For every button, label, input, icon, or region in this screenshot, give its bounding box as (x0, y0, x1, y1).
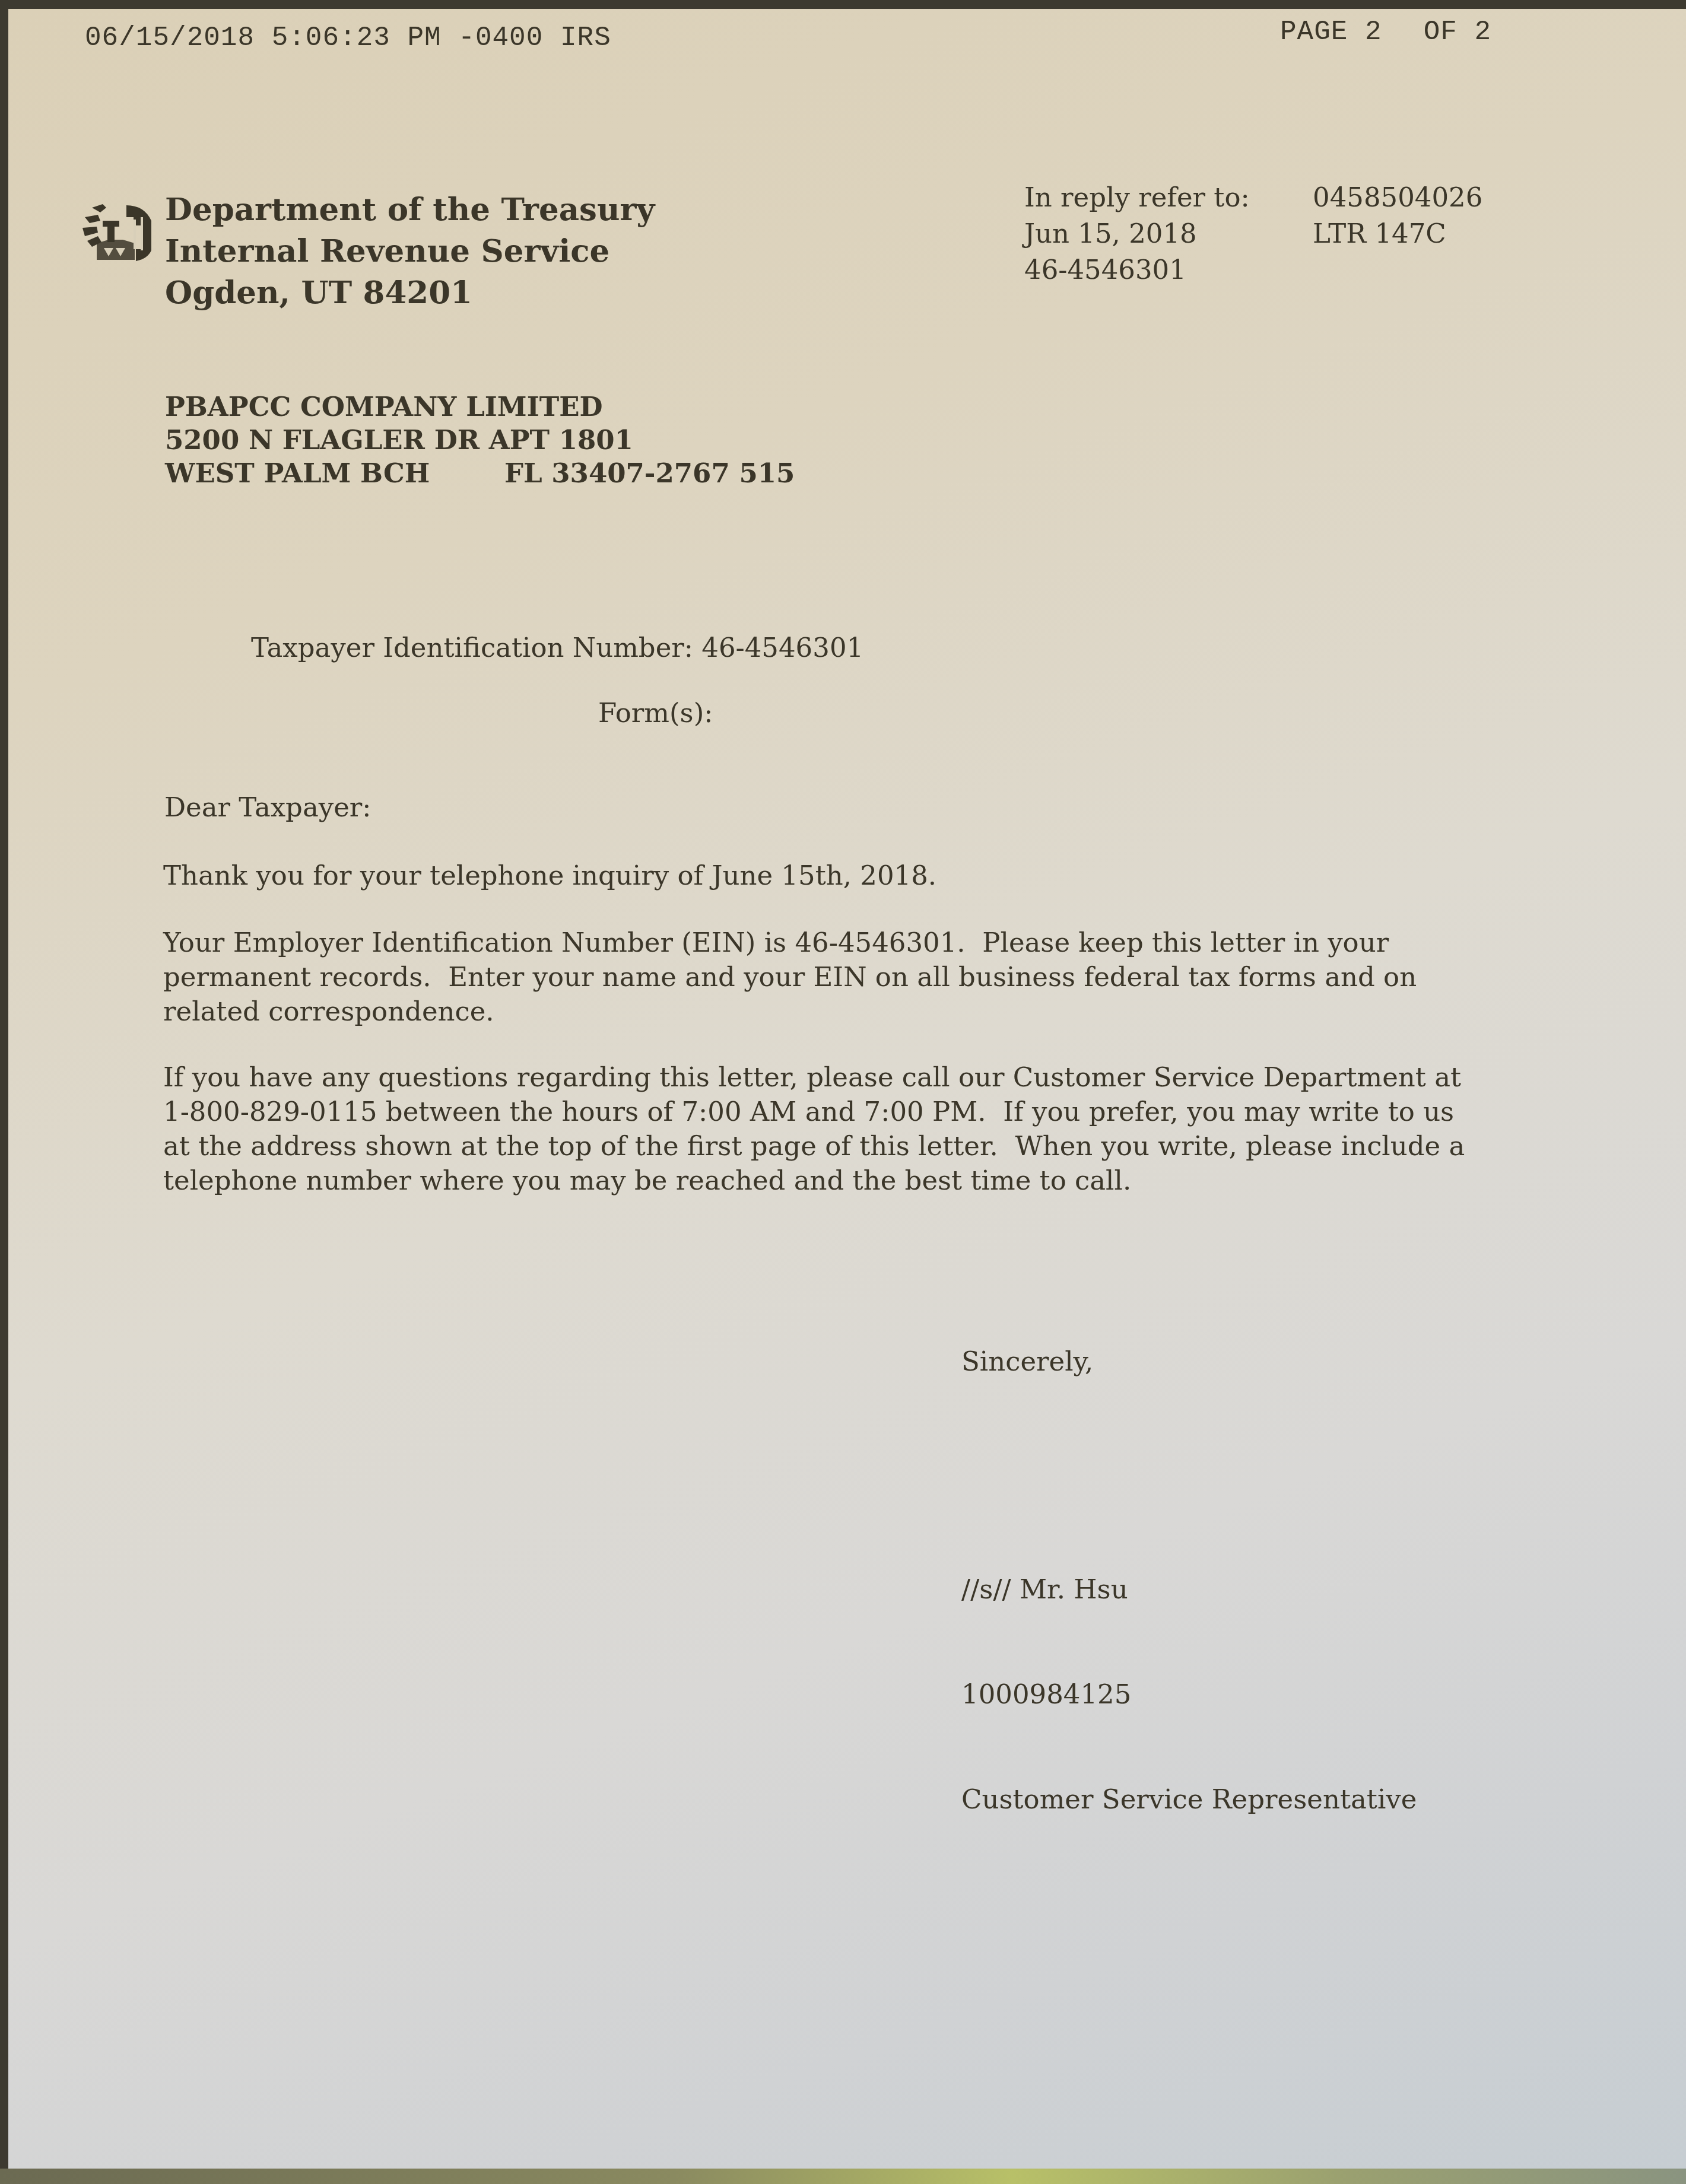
body-paragraph-1: Thank you for your telephone inquiry of … (163, 859, 1558, 893)
agency-city: Ogden, UT 84201 (165, 272, 655, 313)
sender-agency-block: Department of the TreasuryInternal Reven… (165, 189, 655, 313)
reference-ein: 46-4546301 (1024, 252, 1250, 288)
paragraph-line: telephone number where you may be reache… (163, 1163, 1558, 1198)
signer-name: //s// Mr. Hsu (961, 1572, 1417, 1607)
paragraph-line: If you have any questions regarding this… (163, 1060, 1558, 1095)
signer-id: 1000984125 (961, 1677, 1417, 1712)
page-total: OF 2 (1424, 17, 1491, 47)
tin-line: Taxpayer Identification Number: 46-45463… (251, 632, 863, 663)
recipient-street: 5200 N FLAGLER DR APT 1801 (165, 424, 633, 457)
reply-reference-block: In reply refer to:Jun 15, 201846-4546301 (1024, 179, 1250, 288)
letter-date: Jun 15, 2018 (1024, 215, 1250, 252)
page-number: PAGE 2 (1280, 17, 1382, 47)
paragraph-line: related correspondence. (163, 994, 1558, 1029)
salutation: Dear Taxpayer: (164, 791, 371, 823)
signer-title: Customer Service Representative (961, 1782, 1417, 1817)
irs-eagle-seal-icon (74, 189, 151, 253)
agency-service: Internal Revenue Service (165, 230, 655, 272)
body-paragraph-3: If you have any questions regarding this… (163, 1060, 1558, 1198)
forms-label: Form(s): (598, 697, 713, 729)
tin-label: Taxpayer Identification Number: (251, 632, 693, 663)
closing: Sincerely, (961, 1346, 1093, 1377)
paragraph-line: Thank you for your telephone inquiry of … (163, 859, 1558, 893)
tin-value: 46-4546301 (701, 632, 863, 663)
letter-code: LTR 147C (1313, 215, 1482, 252)
signature-block: //s// Mr. Hsu 1000984125 Customer Servic… (961, 1502, 1417, 1852)
paragraph-line: at the address shown at the top of the f… (163, 1129, 1558, 1163)
recipient-name: PBAPCC COMPANY LIMITED (165, 390, 633, 424)
reply-values-block: 0458504026LTR 147C (1313, 179, 1482, 252)
recipient-city: WEST PALM BCH (165, 457, 430, 489)
paragraph-line: Your Employer Identification Number (EIN… (163, 926, 1558, 960)
reference-number: 0458504026 (1313, 179, 1482, 215)
page-indicator: PAGE 2OF 2 (1280, 17, 1491, 47)
paragraph-line: 1-800-829-0115 between the hours of 7:00… (163, 1095, 1558, 1129)
agency-department: Department of the Treasury (165, 189, 655, 230)
recipient-address: PBAPCC COMPANY LIMITED5200 N FLAGLER DR … (165, 390, 633, 490)
paragraph-line: permanent records. Enter your name and y… (163, 960, 1558, 994)
recipient-state-zip: FL 33407-2767 515 (504, 457, 795, 490)
fax-timestamp-header: 06/15/2018 5:06:23 PM -0400 IRS (85, 23, 611, 53)
body-paragraph-2: Your Employer Identification Number (EIN… (163, 926, 1558, 1029)
reply-label: In reply refer to: (1024, 179, 1250, 215)
background-surface (0, 2169, 1686, 2184)
